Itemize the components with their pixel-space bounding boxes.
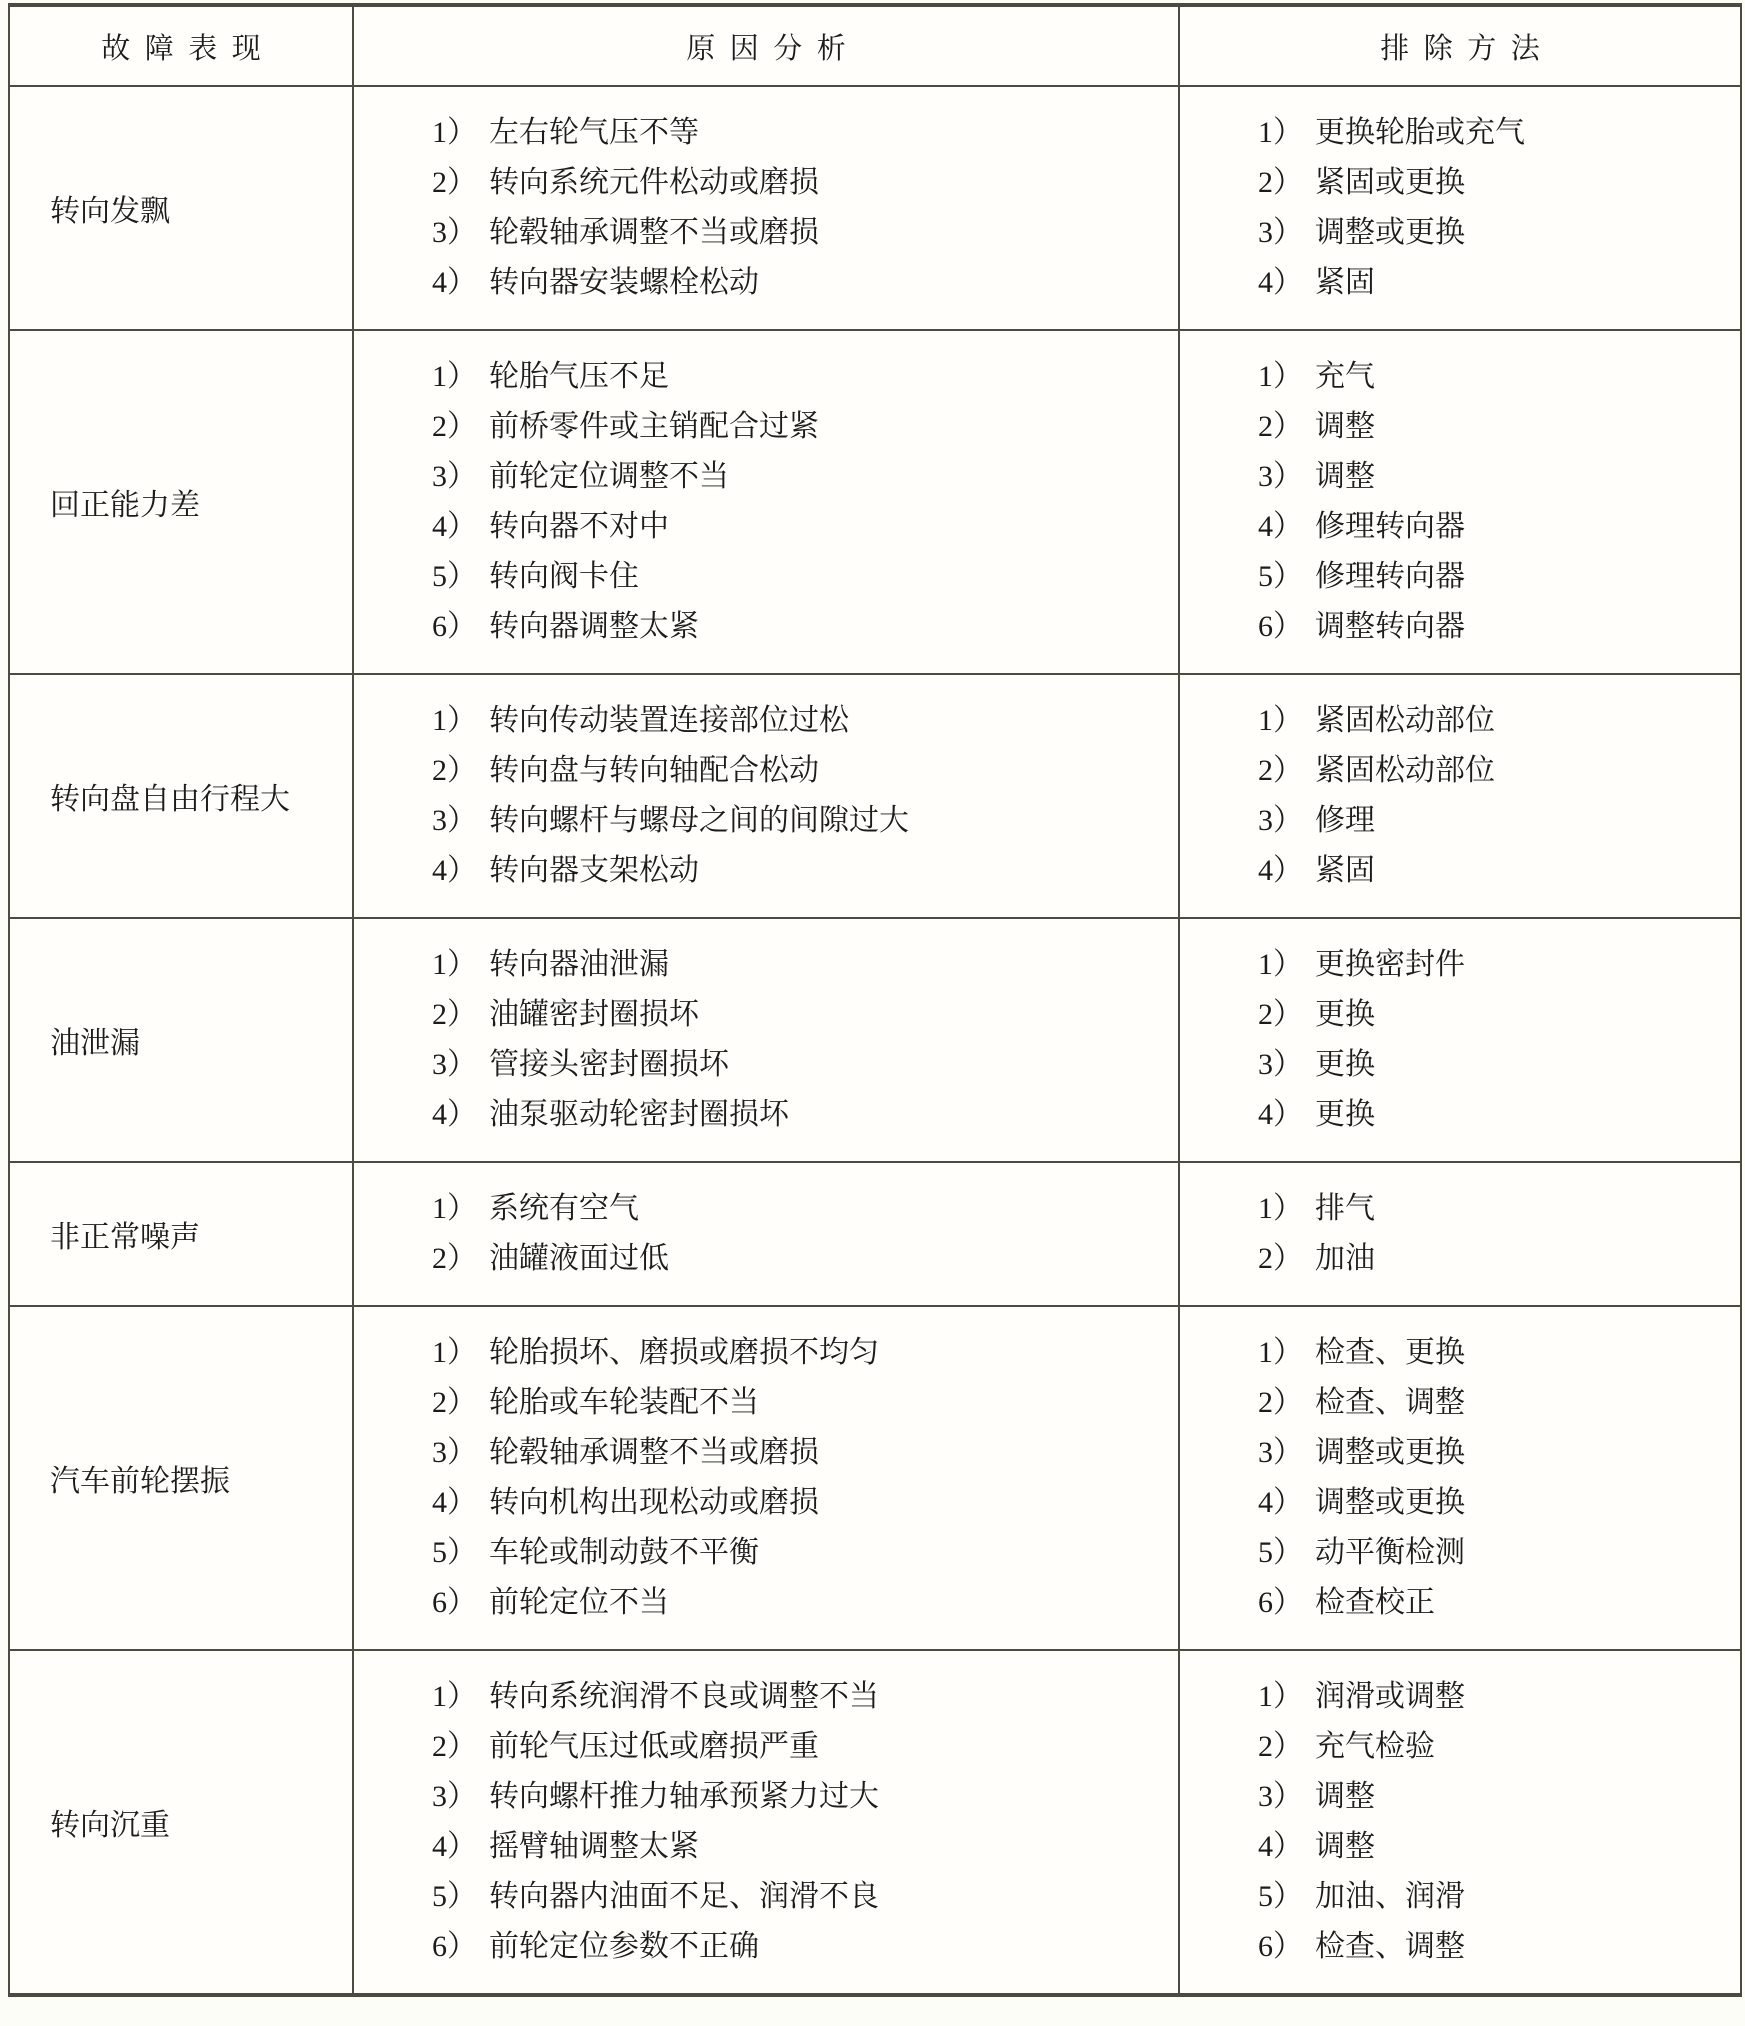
cause-text: 转向盘与转向轴配合松动 bbox=[489, 754, 819, 787]
item-number: 3） bbox=[1258, 216, 1303, 249]
method-text: 充气 bbox=[1315, 360, 1375, 393]
cause-text: 转向器安装螺栓松动 bbox=[489, 266, 759, 299]
method-item: 2）更换 bbox=[1258, 990, 1740, 1040]
table-header: 故障表现 原因分析 排除方法 bbox=[9, 5, 1741, 86]
fault-label: 转向发飘 bbox=[50, 195, 170, 228]
method-text: 更换 bbox=[1315, 998, 1375, 1031]
method-item: 5）加油、润滑 bbox=[1258, 1872, 1740, 1922]
method-text: 调整 bbox=[1315, 460, 1375, 493]
cause-text: 转向器内油面不足、润滑不良 bbox=[489, 1880, 879, 1913]
cause-item: 4）摇臂轴调整太紧 bbox=[432, 1822, 1178, 1872]
method-item: 1）更换密封件 bbox=[1258, 940, 1740, 990]
cause-text: 转向传动装置连接部位过松 bbox=[489, 704, 849, 737]
method-item: 3）调整或更换 bbox=[1258, 1428, 1740, 1478]
table-body: 转向发飘1）左右轮气压不等2）转向系统元件松动或磨损3）轮毂轴承调整不当或磨损4… bbox=[9, 86, 1741, 1995]
cause-item: 4）油泵驱动轮密封圈损坏 bbox=[432, 1090, 1178, 1140]
item-number: 1） bbox=[1258, 1336, 1303, 1369]
fault-label: 非正常噪声 bbox=[50, 1221, 200, 1254]
fault-cell: 转向盘自由行程大 bbox=[9, 674, 353, 918]
method-text: 修理转向器 bbox=[1315, 510, 1465, 543]
item-number: 5） bbox=[432, 1536, 477, 1569]
method-cell: 1）紧固松动部位2）紧固松动部位3）修理4）紧固 bbox=[1179, 674, 1741, 918]
fault-label: 转向沉重 bbox=[50, 1809, 170, 1842]
fault-cell: 油泄漏 bbox=[9, 918, 353, 1162]
method-text: 检查校正 bbox=[1315, 1586, 1435, 1619]
method-text: 加油、润滑 bbox=[1315, 1880, 1465, 1913]
item-number: 2） bbox=[432, 410, 477, 443]
method-item: 4）更换 bbox=[1258, 1090, 1740, 1140]
method-item: 6）检查、调整 bbox=[1258, 1922, 1740, 1972]
method-item: 4）修理转向器 bbox=[1258, 502, 1740, 552]
fault-label: 汽车前轮摆振 bbox=[50, 1465, 230, 1498]
cause-text: 油罐密封圈损坏 bbox=[489, 998, 699, 1031]
cause-text: 左右轮气压不等 bbox=[489, 116, 699, 149]
cause-item: 2）轮胎或车轮装配不当 bbox=[432, 1378, 1178, 1428]
item-number: 2） bbox=[1258, 1730, 1303, 1763]
cause-text: 转向系统润滑不良或调整不当 bbox=[489, 1680, 879, 1713]
method-text: 检查、调整 bbox=[1315, 1386, 1465, 1419]
header-cause: 原因分析 bbox=[353, 5, 1179, 86]
cause-cell: 1）左右轮气压不等2）转向系统元件松动或磨损3）轮毂轴承调整不当或磨损4）转向器… bbox=[353, 86, 1179, 330]
item-number: 2） bbox=[432, 166, 477, 199]
method-item: 6）检查校正 bbox=[1258, 1578, 1740, 1628]
cause-text: 转向器油泄漏 bbox=[489, 948, 669, 981]
method-cell: 1）更换轮胎或充气2）紧固或更换3）调整或更换4）紧固 bbox=[1179, 86, 1741, 330]
cause-item: 2）油罐密封圈损坏 bbox=[432, 990, 1178, 1040]
method-text: 紧固松动部位 bbox=[1315, 704, 1495, 737]
item-number: 2） bbox=[1258, 166, 1303, 199]
cause-item: 6）前轮定位不当 bbox=[432, 1578, 1178, 1628]
method-cell: 1）排气2）加油 bbox=[1179, 1162, 1741, 1306]
cause-cell: 1）轮胎损坏、磨损或磨损不均匀2）轮胎或车轮装配不当3）轮毂轴承调整不当或磨损4… bbox=[353, 1306, 1179, 1650]
cause-item: 1）轮胎损坏、磨损或磨损不均匀 bbox=[432, 1328, 1178, 1378]
item-number: 1） bbox=[432, 116, 477, 149]
item-number: 2） bbox=[432, 1386, 477, 1419]
item-number: 3） bbox=[1258, 1048, 1303, 1081]
method-text: 修理转向器 bbox=[1315, 560, 1465, 593]
item-number: 6） bbox=[1258, 1930, 1303, 1963]
item-number: 1） bbox=[432, 948, 477, 981]
item-number: 2） bbox=[432, 754, 477, 787]
header-fault: 故障表现 bbox=[9, 5, 353, 86]
item-number: 4） bbox=[432, 1098, 477, 1131]
table-row: 油泄漏1）转向器油泄漏2）油罐密封圈损坏3）管接头密封圈损坏4）油泵驱动轮密封圈… bbox=[9, 918, 1741, 1162]
cause-item: 4）转向机构出现松动或磨损 bbox=[432, 1478, 1178, 1528]
item-number: 1） bbox=[1258, 704, 1303, 737]
cause-item: 5）车轮或制动鼓不平衡 bbox=[432, 1528, 1178, 1578]
method-text: 充气检验 bbox=[1315, 1730, 1435, 1763]
item-number: 5） bbox=[1258, 560, 1303, 593]
method-text: 更换 bbox=[1315, 1048, 1375, 1081]
cause-text: 转向器支架松动 bbox=[489, 854, 699, 887]
item-number: 1） bbox=[432, 1336, 477, 1369]
method-text: 更换 bbox=[1315, 1098, 1375, 1131]
method-item: 4）紧固 bbox=[1258, 258, 1740, 308]
method-text: 加油 bbox=[1315, 1242, 1375, 1275]
item-number: 5） bbox=[1258, 1536, 1303, 1569]
method-item: 2）紧固或更换 bbox=[1258, 158, 1740, 208]
method-text: 调整转向器 bbox=[1315, 610, 1465, 643]
item-number: 4） bbox=[1258, 510, 1303, 543]
method-text: 调整或更换 bbox=[1315, 1436, 1465, 1469]
cause-item: 3）轮毂轴承调整不当或磨损 bbox=[432, 1428, 1178, 1478]
header-method: 排除方法 bbox=[1179, 5, 1741, 86]
item-number: 1） bbox=[1258, 1192, 1303, 1225]
cause-item: 3）转向螺杆与螺母之间的间隙过大 bbox=[432, 796, 1178, 846]
item-number: 4） bbox=[432, 510, 477, 543]
cause-item: 2）前桥零件或主销配合过紧 bbox=[432, 402, 1178, 452]
method-item: 4）调整或更换 bbox=[1258, 1478, 1740, 1528]
item-number: 6） bbox=[432, 610, 477, 643]
cause-cell: 1）转向器油泄漏2）油罐密封圈损坏3）管接头密封圈损坏4）油泵驱动轮密封圈损坏 bbox=[353, 918, 1179, 1162]
cause-item: 1）转向系统润滑不良或调整不当 bbox=[432, 1672, 1178, 1722]
item-number: 5） bbox=[432, 560, 477, 593]
item-number: 4） bbox=[432, 266, 477, 299]
item-number: 4） bbox=[1258, 1486, 1303, 1519]
item-number: 2） bbox=[1258, 754, 1303, 787]
item-number: 6） bbox=[432, 1586, 477, 1619]
cause-text: 前轮气压过低或磨损严重 bbox=[489, 1730, 819, 1763]
method-item: 2）检查、调整 bbox=[1258, 1378, 1740, 1428]
cause-text: 轮毂轴承调整不当或磨损 bbox=[489, 1436, 819, 1469]
item-number: 3） bbox=[1258, 804, 1303, 837]
method-cell: 1）充气2）调整3）调整4）修理转向器5）修理转向器6）调整转向器 bbox=[1179, 330, 1741, 674]
table-row: 非正常噪声1）系统有空气2）油罐液面过低1）排气2）加油 bbox=[9, 1162, 1741, 1306]
cause-text: 摇臂轴调整太紧 bbox=[489, 1830, 699, 1863]
item-number: 3） bbox=[432, 804, 477, 837]
method-item: 4）紧固 bbox=[1258, 846, 1740, 896]
method-text: 检查、调整 bbox=[1315, 1930, 1465, 1963]
method-text: 调整 bbox=[1315, 1830, 1375, 1863]
item-number: 1） bbox=[432, 1680, 477, 1713]
method-text: 紧固松动部位 bbox=[1315, 754, 1495, 787]
item-number: 5） bbox=[432, 1880, 477, 1913]
method-text: 排气 bbox=[1315, 1192, 1375, 1225]
method-item: 1）排气 bbox=[1258, 1184, 1740, 1234]
cause-item: 5）转向阀卡住 bbox=[432, 552, 1178, 602]
method-item: 5）修理转向器 bbox=[1258, 552, 1740, 602]
method-item: 1）更换轮胎或充气 bbox=[1258, 108, 1740, 158]
method-item: 1）检查、更换 bbox=[1258, 1328, 1740, 1378]
cause-item: 4）转向器支架松动 bbox=[432, 846, 1178, 896]
fault-label: 转向盘自由行程大 bbox=[50, 783, 290, 816]
cause-text: 前轮定位参数不正确 bbox=[489, 1930, 759, 1963]
cause-cell: 1）转向传动装置连接部位过松2）转向盘与转向轴配合松动3）转向螺杆与螺母之间的间… bbox=[353, 674, 1179, 918]
method-item: 3）调整或更换 bbox=[1258, 208, 1740, 258]
method-text: 紧固 bbox=[1315, 266, 1375, 299]
cause-text: 前桥零件或主销配合过紧 bbox=[489, 410, 819, 443]
cause-text: 前轮定位不当 bbox=[489, 1586, 669, 1619]
item-number: 3） bbox=[1258, 460, 1303, 493]
cause-item: 3）管接头密封圈损坏 bbox=[432, 1040, 1178, 1090]
cause-item: 5）转向器内油面不足、润滑不良 bbox=[432, 1872, 1178, 1922]
cause-item: 6）前轮定位参数不正确 bbox=[432, 1922, 1178, 1972]
method-cell: 1）润滑或调整2）充气检验3）调整4）调整5）加油、润滑6）检查、调整 bbox=[1179, 1650, 1741, 1995]
cause-text: 转向器不对中 bbox=[489, 510, 669, 543]
method-text: 调整或更换 bbox=[1315, 216, 1465, 249]
item-number: 4） bbox=[432, 1486, 477, 1519]
cause-text: 转向螺杆与螺母之间的间隙过大 bbox=[489, 804, 909, 837]
method-text: 润滑或调整 bbox=[1315, 1680, 1465, 1713]
fault-cell: 汽车前轮摆振 bbox=[9, 1306, 353, 1650]
cause-text: 转向机构出现松动或磨损 bbox=[489, 1486, 819, 1519]
method-item: 6）调整转向器 bbox=[1258, 602, 1740, 652]
item-number: 3） bbox=[432, 1048, 477, 1081]
cause-item: 1）轮胎气压不足 bbox=[432, 352, 1178, 402]
method-cell: 1）检查、更换2）检查、调整3）调整或更换4）调整或更换5）动平衡检测6）检查校… bbox=[1179, 1306, 1741, 1650]
item-number: 2） bbox=[432, 1242, 477, 1275]
method-cell: 1）更换密封件2）更换3）更换4）更换 bbox=[1179, 918, 1741, 1162]
cause-item: 2）转向盘与转向轴配合松动 bbox=[432, 746, 1178, 796]
table-row: 转向沉重1）转向系统润滑不良或调整不当2）前轮气压过低或磨损严重3）转向螺杆推力… bbox=[9, 1650, 1741, 1995]
method-item: 2）充气检验 bbox=[1258, 1722, 1740, 1772]
item-number: 5） bbox=[1258, 1880, 1303, 1913]
item-number: 4） bbox=[1258, 266, 1303, 299]
cause-item: 2）前轮气压过低或磨损严重 bbox=[432, 1722, 1178, 1772]
method-item: 3）调整 bbox=[1258, 1772, 1740, 1822]
item-number: 2） bbox=[1258, 1242, 1303, 1275]
item-number: 1） bbox=[1258, 1680, 1303, 1713]
cause-text: 管接头密封圈损坏 bbox=[489, 1048, 729, 1081]
item-number: 6） bbox=[1258, 610, 1303, 643]
cause-item: 3）前轮定位调整不当 bbox=[432, 452, 1178, 502]
cause-item: 6）转向器调整太紧 bbox=[432, 602, 1178, 652]
fault-cell: 转向发飘 bbox=[9, 86, 353, 330]
cause-item: 2）转向系统元件松动或磨损 bbox=[432, 158, 1178, 208]
method-text: 更换轮胎或充气 bbox=[1315, 116, 1525, 149]
table-row: 转向盘自由行程大1）转向传动装置连接部位过松2）转向盘与转向轴配合松动3）转向螺… bbox=[9, 674, 1741, 918]
method-item: 2）加油 bbox=[1258, 1234, 1740, 1284]
method-item: 2）紧固松动部位 bbox=[1258, 746, 1740, 796]
item-number: 1） bbox=[432, 1192, 477, 1225]
item-number: 4） bbox=[1258, 1098, 1303, 1131]
item-number: 1） bbox=[432, 704, 477, 737]
fault-table: 故障表现 原因分析 排除方法 转向发飘1）左右轮气压不等2）转向系统元件松动或磨… bbox=[8, 3, 1742, 1997]
item-number: 3） bbox=[432, 216, 477, 249]
table-row: 回正能力差1）轮胎气压不足2）前桥零件或主销配合过紧3）前轮定位调整不当4）转向… bbox=[9, 330, 1741, 674]
item-number: 1） bbox=[1258, 116, 1303, 149]
method-item: 5）动平衡检测 bbox=[1258, 1528, 1740, 1578]
cause-cell: 1）系统有空气2）油罐液面过低 bbox=[353, 1162, 1179, 1306]
cause-text: 转向器调整太紧 bbox=[489, 610, 699, 643]
cause-cell: 1）轮胎气压不足2）前桥零件或主销配合过紧3）前轮定位调整不当4）转向器不对中5… bbox=[353, 330, 1179, 674]
item-number: 4） bbox=[1258, 854, 1303, 887]
fault-cell: 回正能力差 bbox=[9, 330, 353, 674]
cause-item: 1）转向器油泄漏 bbox=[432, 940, 1178, 990]
item-number: 4） bbox=[432, 1830, 477, 1863]
item-number: 1） bbox=[1258, 360, 1303, 393]
table-row: 转向发飘1）左右轮气压不等2）转向系统元件松动或磨损3）轮毂轴承调整不当或磨损4… bbox=[9, 86, 1741, 330]
cause-item: 4）转向器不对中 bbox=[432, 502, 1178, 552]
cause-text: 前轮定位调整不当 bbox=[489, 460, 729, 493]
method-item: 3）修理 bbox=[1258, 796, 1740, 846]
item-number: 2） bbox=[1258, 410, 1303, 443]
table-row: 汽车前轮摆振1）轮胎损坏、磨损或磨损不均匀2）轮胎或车轮装配不当3）轮毂轴承调整… bbox=[9, 1306, 1741, 1650]
item-number: 4） bbox=[432, 854, 477, 887]
cause-text: 转向阀卡住 bbox=[489, 560, 639, 593]
cause-text: 油罐液面过低 bbox=[489, 1242, 669, 1275]
cause-text: 转向系统元件松动或磨损 bbox=[489, 166, 819, 199]
method-text: 紧固或更换 bbox=[1315, 166, 1465, 199]
method-text: 紧固 bbox=[1315, 854, 1375, 887]
page: 故障表现 原因分析 排除方法 转向发飘1）左右轮气压不等2）转向系统元件松动或磨… bbox=[0, 0, 1745, 1997]
method-item: 1）润滑或调整 bbox=[1258, 1672, 1740, 1722]
method-text: 修理 bbox=[1315, 804, 1375, 837]
method-item: 2）调整 bbox=[1258, 402, 1740, 452]
cause-item: 2）油罐液面过低 bbox=[432, 1234, 1178, 1284]
item-number: 1） bbox=[432, 360, 477, 393]
cause-text: 转向螺杆推力轴承预紧力过大 bbox=[489, 1780, 879, 1813]
item-number: 6） bbox=[1258, 1586, 1303, 1619]
method-item: 1）充气 bbox=[1258, 352, 1740, 402]
cause-item: 3）转向螺杆推力轴承预紧力过大 bbox=[432, 1772, 1178, 1822]
method-text: 调整或更换 bbox=[1315, 1486, 1465, 1519]
item-number: 3） bbox=[432, 1780, 477, 1813]
item-number: 3） bbox=[1258, 1436, 1303, 1469]
method-item: 3）调整 bbox=[1258, 452, 1740, 502]
method-text: 动平衡检测 bbox=[1315, 1536, 1465, 1569]
cause-text: 轮胎气压不足 bbox=[489, 360, 669, 393]
cause-text: 车轮或制动鼓不平衡 bbox=[489, 1536, 759, 1569]
fault-cell: 非正常噪声 bbox=[9, 1162, 353, 1306]
cause-item: 1）系统有空气 bbox=[432, 1184, 1178, 1234]
fault-label: 油泄漏 bbox=[50, 1027, 140, 1060]
cause-text: 系统有空气 bbox=[489, 1192, 639, 1225]
method-item: 1）紧固松动部位 bbox=[1258, 696, 1740, 746]
item-number: 4） bbox=[1258, 1830, 1303, 1863]
item-number: 3） bbox=[432, 460, 477, 493]
cause-item: 3）轮毂轴承调整不当或磨损 bbox=[432, 208, 1178, 258]
cause-text: 轮毂轴承调整不当或磨损 bbox=[489, 216, 819, 249]
item-number: 2） bbox=[432, 998, 477, 1031]
item-number: 3） bbox=[1258, 1780, 1303, 1813]
item-number: 2） bbox=[1258, 1386, 1303, 1419]
method-text: 检查、更换 bbox=[1315, 1336, 1465, 1369]
method-text: 调整 bbox=[1315, 410, 1375, 443]
method-item: 4）调整 bbox=[1258, 1822, 1740, 1872]
cause-text: 轮胎损坏、磨损或磨损不均匀 bbox=[489, 1336, 879, 1369]
method-text: 调整 bbox=[1315, 1780, 1375, 1813]
method-item: 3）更换 bbox=[1258, 1040, 1740, 1090]
item-number: 2） bbox=[1258, 998, 1303, 1031]
item-number: 1） bbox=[1258, 948, 1303, 981]
item-number: 2） bbox=[432, 1730, 477, 1763]
cause-item: 1）左右轮气压不等 bbox=[432, 108, 1178, 158]
header-row: 故障表现 原因分析 排除方法 bbox=[9, 5, 1741, 86]
fault-label: 回正能力差 bbox=[50, 489, 200, 522]
fault-cell: 转向沉重 bbox=[9, 1650, 353, 1995]
cause-text: 轮胎或车轮装配不当 bbox=[489, 1386, 759, 1419]
cause-cell: 1）转向系统润滑不良或调整不当2）前轮气压过低或磨损严重3）转向螺杆推力轴承预紧… bbox=[353, 1650, 1179, 1995]
cause-text: 油泵驱动轮密封圈损坏 bbox=[489, 1098, 789, 1131]
item-number: 3） bbox=[432, 1436, 477, 1469]
method-text: 更换密封件 bbox=[1315, 948, 1465, 981]
cause-item: 4）转向器安装螺栓松动 bbox=[432, 258, 1178, 308]
item-number: 6） bbox=[432, 1930, 477, 1963]
cause-item: 1）转向传动装置连接部位过松 bbox=[432, 696, 1178, 746]
